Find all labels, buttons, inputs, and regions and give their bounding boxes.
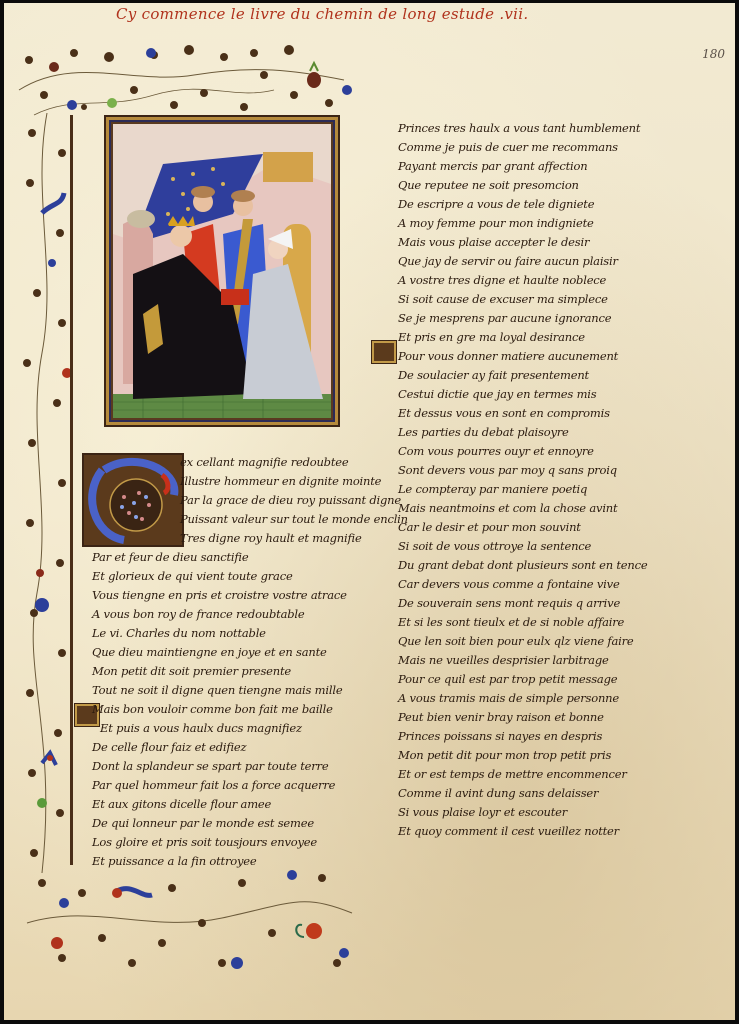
floral-border-bottom — [22, 863, 362, 973]
miniature-illustration — [113, 124, 331, 418]
verse-line: Et si les sont tieulx et de si noble aff… — [398, 615, 624, 629]
verse-line: Princes tres haulx a vous tant humblemen… — [398, 121, 640, 135]
verse-line: A moy femme pour mon indigniete — [398, 216, 594, 230]
verse-line: De qui lonneur par le monde est semee — [92, 816, 314, 830]
verse-line: Et pris en gre ma loyal desirance — [398, 330, 585, 344]
verse-line: A vostre tres digne et haulte noblece — [398, 273, 606, 287]
floral-border-top — [14, 35, 354, 125]
verse-line: Et glorieux de qui vient toute grace — [92, 569, 293, 583]
verse-line: Et or est temps de mettre encommencer — [398, 767, 627, 781]
verse-line: De escripre a vous de tele digniete — [398, 197, 594, 211]
verse-line: Par quel hommeur fait los a force acquer… — [92, 778, 335, 792]
verse-line: Mais ne vueilles desprisier larbitrage — [398, 653, 609, 667]
verse-line: Pour vous donner matiere aucunement — [398, 349, 618, 363]
folio-number: 180 — [702, 47, 725, 61]
verse-line: Illustre hommeur en dignite mointe — [180, 474, 381, 488]
verse-line: Tres digne roy hault et magnifie — [180, 531, 362, 545]
verse-line: Comme je puis de cuer me recommans — [398, 140, 618, 154]
verse-line: Mon petit dit pour mon trop petit pris — [398, 748, 611, 762]
verse-line: Comme il avint dung sans delaisser — [398, 786, 598, 800]
verse-line: Le compteray par maniere poetiq — [398, 482, 587, 496]
verse-line: Mais neantmoins et com la chose avint — [398, 501, 617, 515]
verse-line: Princes poissans si nayes en despris — [398, 729, 602, 743]
verse-line: De soulacier ay fait presentement — [398, 368, 589, 382]
verse-line: Et aux gitons dicelle flour amee — [92, 797, 271, 811]
presentation-miniature — [104, 115, 340, 427]
verse-line: Et dessus vous en sont en compromis — [398, 406, 610, 420]
illuminated-initial-P-right — [371, 340, 397, 364]
verse-line: ex cellant magnifie redoubtee — [180, 455, 348, 469]
verse-line: Vous tiengne en pris et croistre vostre … — [92, 588, 347, 602]
verse-line: Si vous plaise loyr et escouter — [398, 805, 567, 819]
verse-line: Par et feur de dieu sanctifie — [92, 550, 249, 564]
verse-line: Com vous pourres ouyr et ennoyre — [398, 444, 594, 458]
verse-line: Que reputee ne soit presomcion — [398, 178, 579, 192]
illuminated-initial-O — [82, 453, 184, 547]
verse-line: Et puissance a la fin ottroyee — [92, 854, 256, 868]
manuscript-page: Cy commence le livre du chemin de long e… — [4, 3, 735, 1020]
verse-line: Puissant valeur sur tout le monde enclin — [180, 512, 408, 526]
verse-line: Se je mesprens par aucune ignorance — [398, 311, 611, 325]
verse-line: Pour ce quil est par trop petit message — [398, 672, 617, 686]
verse-line: De souverain sens mont requis q arrive — [398, 596, 620, 610]
verse-line: Car devers vous comme a fontaine vive — [398, 577, 620, 591]
verse-line: De celle flour faiz et edifiez — [92, 740, 246, 754]
verse-line: Mais bon vouloir comme bon fait me baill… — [92, 702, 333, 716]
verse-line: Peut bien venir bray raison et bonne — [398, 710, 604, 724]
verse-line: Si soit cause de excuser ma simplece — [398, 292, 608, 306]
verse-line: A vous bon roy de france redoubtable — [92, 607, 305, 621]
verse-line: Que len soit bien pour eulx qlz viene fa… — [398, 634, 634, 648]
verse-line: Car le desir et pour mon souvint — [398, 520, 581, 534]
verse-line: Dont la splandeur se spart par toute ter… — [92, 759, 328, 773]
verse-line: Et quoy comment il cest vueillez notter — [398, 824, 619, 838]
verse-line: Si soit de vous ottroye la sentence — [398, 539, 591, 553]
verse-line: Tout ne soit il digne quen tiengne mais … — [92, 683, 342, 697]
verse-line: Los gloire et pris soit tousjours envoye… — [92, 835, 317, 849]
initial-O-icon — [84, 455, 182, 545]
verse-line: Et puis a vous haulx ducs magnifiez — [100, 721, 302, 735]
verse-line: Que jay de servir ou faire aucun plaisir — [398, 254, 618, 268]
floral-border-left — [12, 113, 74, 873]
verse-line: Les parties du debat plaisoyre — [398, 425, 569, 439]
verse-line: Payant mercis par grant affection — [398, 159, 587, 173]
verse-line: Sont devers vous par moy q sans proiq — [398, 463, 617, 477]
verse-line: Cestui dictie que jay en termes mis — [398, 387, 596, 401]
verse-line: A vous tramis mais de simple personne — [398, 691, 619, 705]
verse-line: Mais vous plaise accepter le desir — [398, 235, 589, 249]
verse-line: Le vi. Charles du nom nottable — [92, 626, 266, 640]
verse-line: Que dieu maintiengne en joye et en sante — [92, 645, 327, 659]
verse-line: Du grant debat dont plusieurs sont en te… — [398, 558, 647, 572]
rubric-heading: Cy commence le livre du chemin de long e… — [116, 5, 528, 23]
verse-line: Par la grace de dieu roy puissant digne — [180, 493, 401, 507]
left-column-frame-bar — [70, 115, 73, 865]
verse-line: Mon petit dit soit premier presente — [92, 664, 291, 678]
